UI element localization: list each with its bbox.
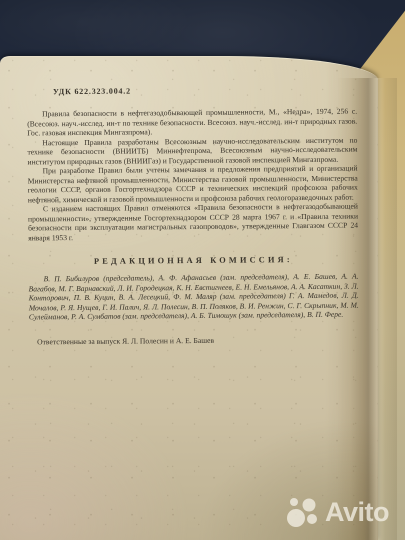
paragraph-developed-by: Настоящие Правила разработаны Всесоюзным…	[27, 135, 357, 166]
editorial-commission-heading: РЕДАКЦИОННАЯ КОМИССИЯ:	[28, 255, 358, 267]
editorial-commission-members: В. П. Бибилуров (председатель), А. Ф. Аф…	[29, 272, 359, 322]
paragraph-supersedes: С изданием настоящих Правил отменяются «…	[28, 202, 358, 243]
paragraph-review-notes: При разработке Правил были учтены замеча…	[28, 164, 358, 205]
page-text-block: УДК 622.323.004.2 Правила безопасности в…	[27, 85, 359, 346]
bibliographic-entry: Правила безопасности в нефтегазодобывающ…	[27, 107, 357, 138]
udk-classification: УДК 622.323.004.2	[53, 85, 357, 97]
listing-photo: УДК 622.323.004.2 Правила безопасности в…	[0, 0, 405, 540]
